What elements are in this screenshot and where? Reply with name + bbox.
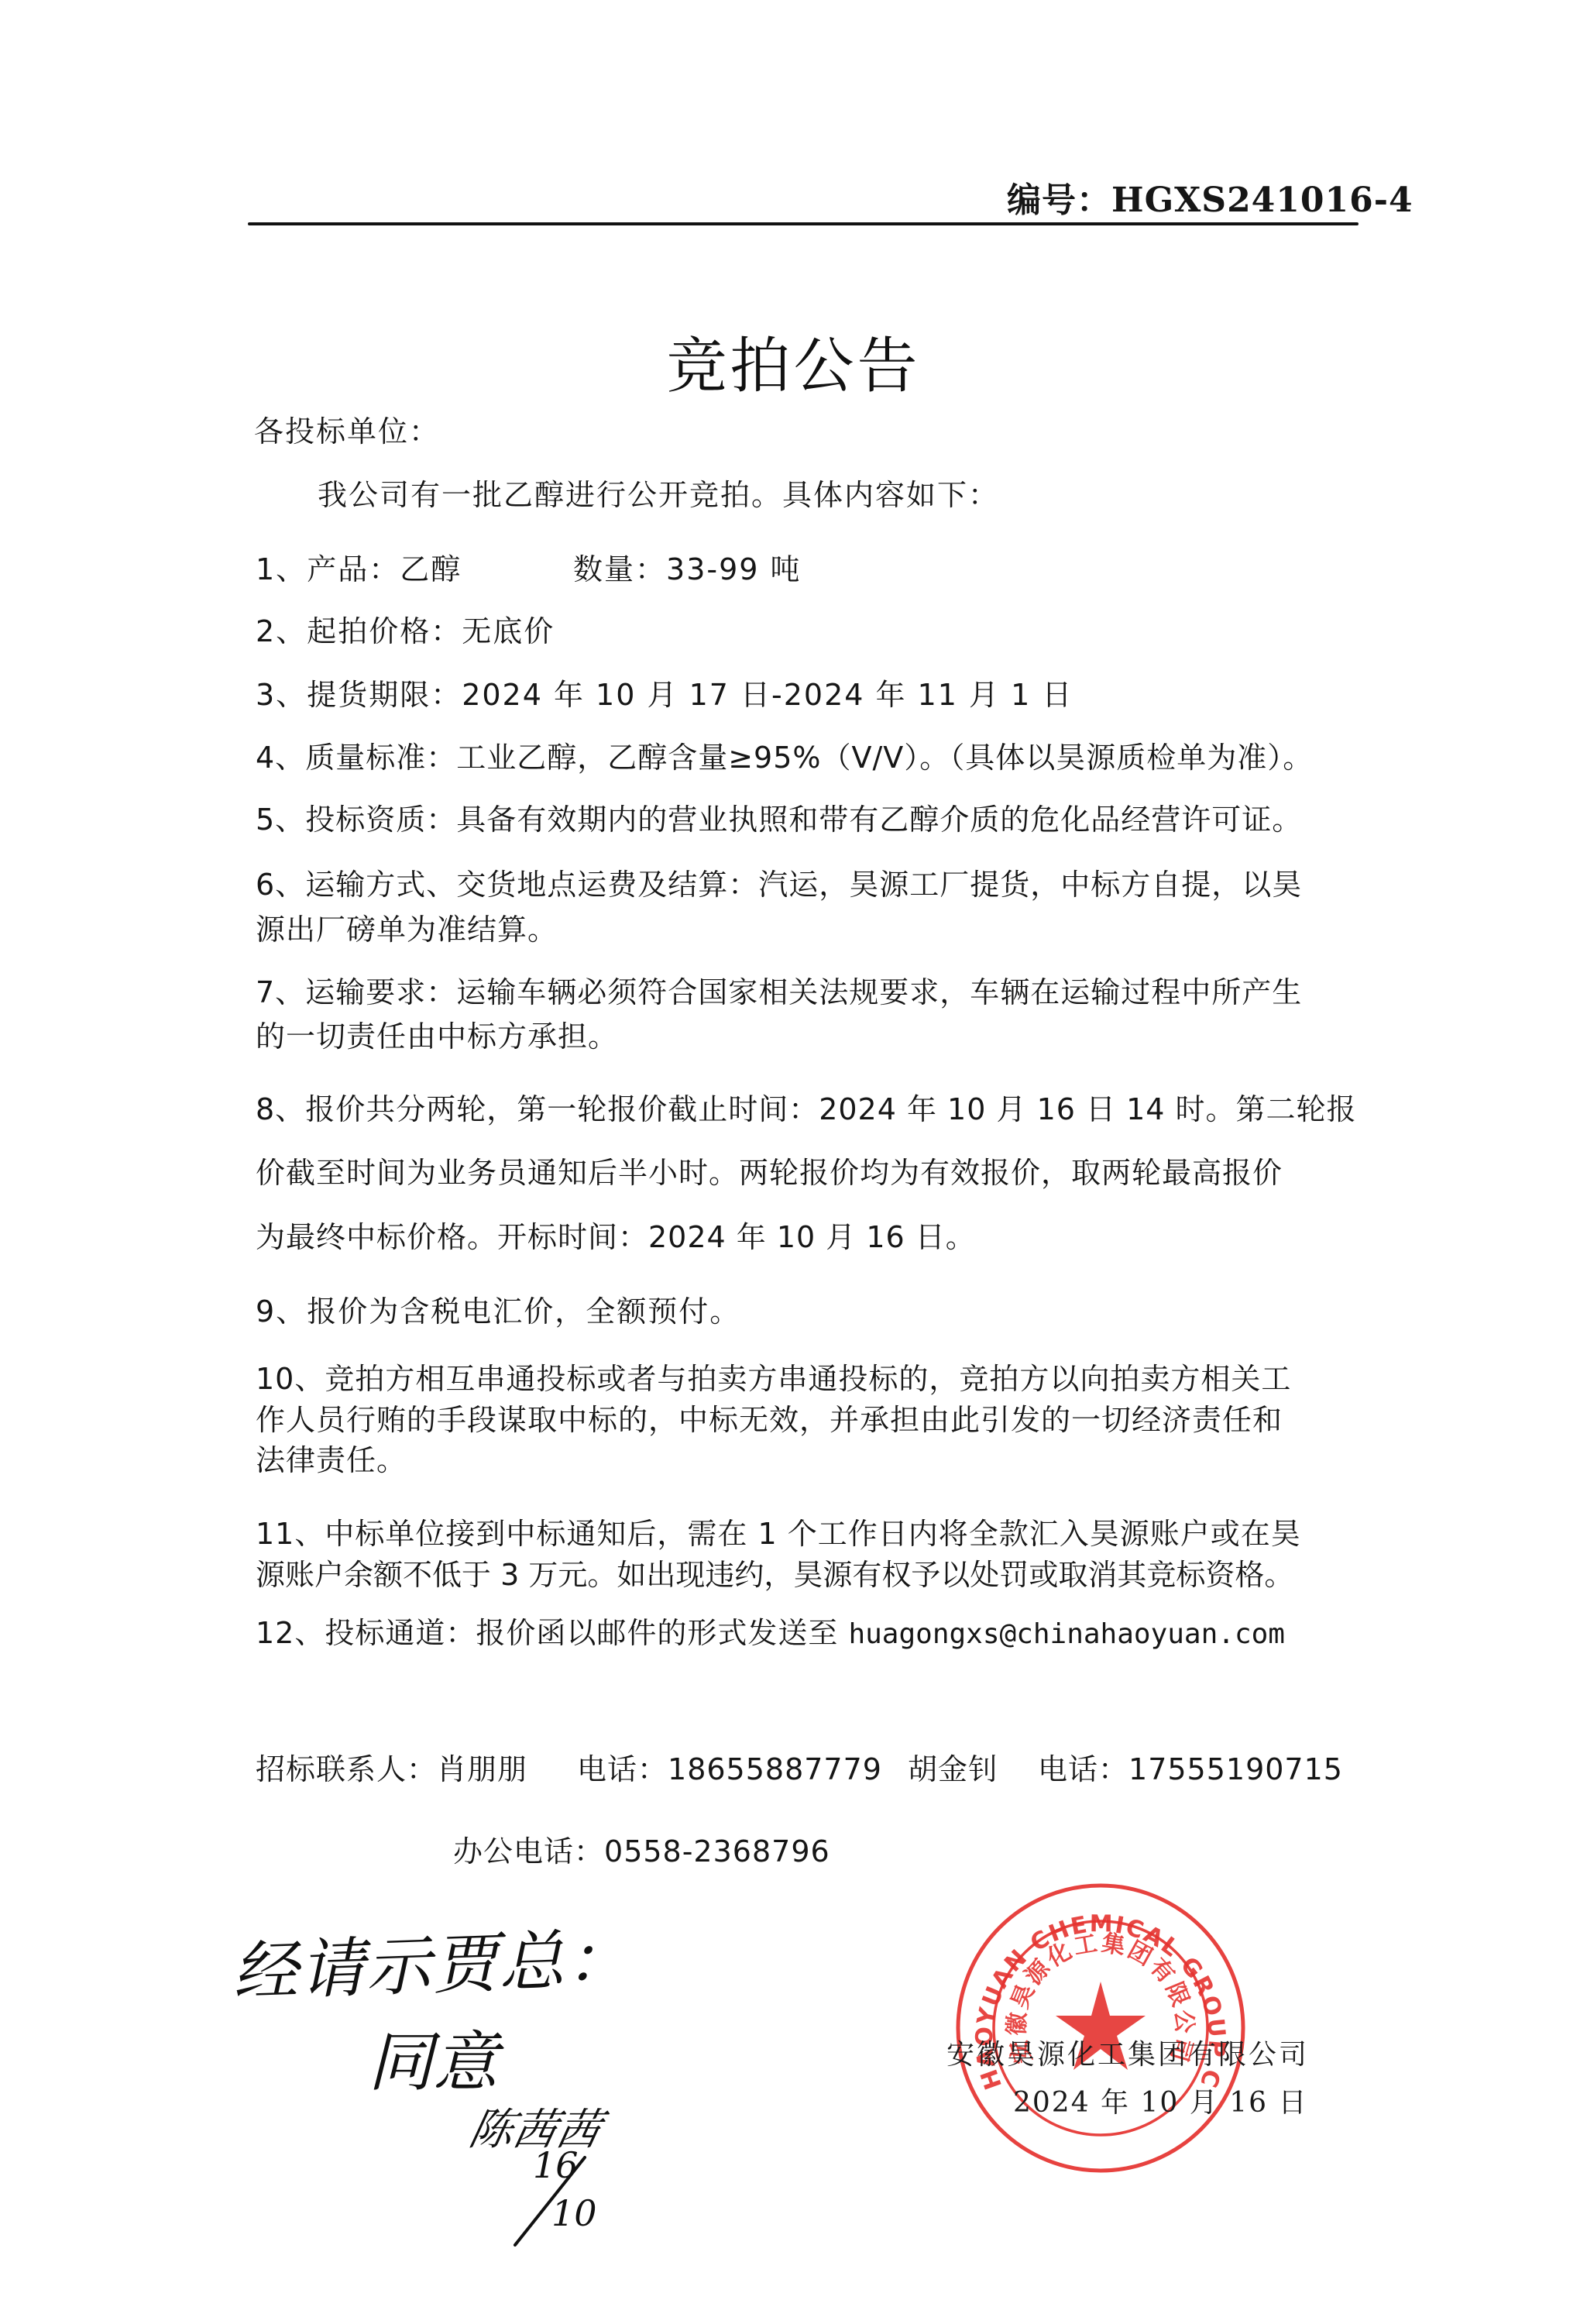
company-name: 安徽昊源化工集团有限公司 <box>946 2033 1309 2072</box>
item-text: 竞拍方相互串通投标或者与拍卖方串通投标的，竞拍方以向拍卖方相关工 <box>325 1362 1291 1396</box>
item-number: 1、 <box>256 552 307 586</box>
item-text: 起拍价格：无底价 <box>307 614 555 648</box>
quantity-value: 33-99 吨 <box>666 552 802 586</box>
item-text: 质量标准：工业乙醇，乙醇含量≥95%（V/V）。（具体以昊源质检单为准）。 <box>305 741 1313 775</box>
phone-value[interactable]: 17555190715 <box>1128 1752 1343 1786</box>
list-item-10-line2: 作人员行贿的手段谋取中标的，中标无效，并承担由此引发的一切经济责任和 <box>256 1399 1283 1441</box>
handwritten-approval-note: 经请示贾总： <box>231 1906 634 2014</box>
item-text: 投标通道：报价函以邮件的形式发送至 <box>325 1616 848 1650</box>
list-item-10-line1: 10、竞拍方相互串通投标或者与拍卖方串通投标的，竞拍方以向拍卖方相关工 <box>256 1358 1291 1400</box>
list-item-1: 1、产品：乙醇 <box>256 548 462 590</box>
item-value: 乙醇 <box>400 552 462 586</box>
contact-label: 招标联系人： <box>256 1752 437 1786</box>
contact-1-name: 肖朋朋 <box>437 1752 527 1786</box>
list-item-1-quantity: 数量：33-99 吨 <box>573 548 802 590</box>
document-number-label: 编号： <box>1007 180 1111 220</box>
list-item-8-line3: 为最终中标价格。开标时间：2024 年 10 月 16 日。 <box>256 1216 976 1258</box>
item-number: 10、 <box>256 1362 325 1396</box>
list-item-7-line1: 7、运输要求：运输车辆必须符合国家相关法规要求，车辆在运输过程中所产生 <box>256 971 1302 1013</box>
phone-value[interactable]: 18655887779 <box>668 1752 882 1786</box>
list-item-6-line2: 源出厂磅单为准结算。 <box>256 909 558 951</box>
item-number: 6、 <box>256 868 305 902</box>
list-item-11-line2: 源账户余额不低于 3 万元。如出现违约，昊源有权予以处罚或取消其竞标资格。 <box>256 1554 1293 1596</box>
phone-label: 电话： <box>1038 1752 1128 1786</box>
item-number: 9、 <box>256 1294 307 1329</box>
handwritten-approval-agree: 同意 <box>368 2010 498 2104</box>
list-item-9: 9、报价为含税电汇价，全额预付。 <box>256 1291 740 1332</box>
email-link[interactable]: huagongxs@chinahaoyuan.com <box>848 1618 1285 1650</box>
list-item-10-line3: 法律责任。 <box>256 1439 407 1481</box>
item-number: 8、 <box>256 1092 305 1126</box>
page-title: 竞拍公告 <box>0 318 1587 404</box>
office-phone: 办公电话：0558-2368796 <box>453 1831 830 1872</box>
item-text: 运输方式、交货地点运费及结算：汽运，昊源工厂提货，中标方自提，以昊 <box>305 868 1302 902</box>
contact-2-name: 胡金钊 <box>908 1748 998 1790</box>
company-seal-stamp: ANHUI HAOYUAN CHEMICAL GROUP CO.,LTD. 安徽… <box>955 1882 1246 2174</box>
document-number: 编号：HGXS241016-4 <box>1007 172 1414 222</box>
item-text: 中标单位接到中标通知后，需在 1 个工作日内将全款汇入昊源账户或在昊 <box>325 1517 1300 1551</box>
item-number: 5、 <box>256 803 305 837</box>
handwritten-date-slash-icon <box>503 2146 596 2254</box>
list-item-12: 12、投标通道：报价函以邮件的形式发送至 huagongxs@chinahaoy… <box>256 1612 1285 1655</box>
seal-date: 2024 年 10 月 16 日 <box>1013 2081 1307 2120</box>
item-number: 3、 <box>256 678 307 712</box>
item-text: 报价共分两轮，第一轮报价截止时间：2024 年 10 月 16 日 14 时。第… <box>305 1092 1356 1126</box>
item-number: 7、 <box>256 975 305 1009</box>
item-number: 2、 <box>256 614 307 648</box>
item-text: 投标资质：具备有效期内的营业执照和带有乙醇介质的危化品经营许可证。 <box>305 803 1302 837</box>
list-item-11-line1: 11、中标单位接到中标通知后，需在 1 个工作日内将全款汇入昊源账户或在昊 <box>256 1513 1301 1555</box>
intro-text: 我公司有一批乙醇进行公开竞拍。具体内容如下： <box>318 474 999 516</box>
salutation: 各投标单位： <box>254 411 440 452</box>
item-number: 11、 <box>256 1517 325 1551</box>
list-item-8-line1: 8、报价共分两轮，第一轮报价截止时间：2024 年 10 月 16 日 14 时… <box>256 1088 1357 1130</box>
item-text: 提货期限：2024 年 10 月 17 日-2024 年 11 月 1 日 <box>307 678 1073 712</box>
item-number: 12、 <box>256 1616 325 1650</box>
phone-label: 电话： <box>577 1752 668 1786</box>
quantity-label: 数量： <box>573 552 666 586</box>
contact-1-phone: 电话：18655887779 <box>577 1748 882 1790</box>
office-phone-label: 办公电话： <box>453 1834 604 1868</box>
list-item-6-line1: 6、运输方式、交货地点运费及结算：汽运，昊源工厂提货，中标方自提，以昊 <box>256 864 1302 906</box>
contact-row: 招标联系人：肖朋朋 <box>256 1748 527 1790</box>
list-item-3: 3、提货期限：2024 年 10 月 17 日-2024 年 11 月 1 日 <box>256 674 1073 716</box>
document-number-value: HGXS241016-4 <box>1111 180 1414 220</box>
list-item-4: 4、质量标准：工业乙醇，乙醇含量≥95%（V/V）。（具体以昊源质检单为准）。 <box>256 737 1313 779</box>
office-phone-value[interactable]: 0558-2368796 <box>604 1834 830 1868</box>
list-item-2: 2、起拍价格：无底价 <box>256 610 555 652</box>
header-divider <box>248 222 1359 225</box>
item-text: 报价为含税电汇价，全额预付。 <box>307 1294 740 1329</box>
contact-2-phone: 电话：17555190715 <box>1038 1748 1343 1790</box>
list-item-8-line2: 价截至时间为业务员通知后半小时。两轮报价均为有效报价，取两轮最高报价 <box>256 1152 1283 1194</box>
list-item-7-line2: 的一切责任由中标方承担。 <box>256 1016 618 1057</box>
item-label: 产品： <box>307 552 400 586</box>
item-text: 运输要求：运输车辆必须符合国家相关法规要求，车辆在运输过程中所产生 <box>305 975 1302 1009</box>
item-number: 4、 <box>256 741 305 775</box>
list-item-5: 5、投标资质：具备有效期内的营业执照和带有乙醇介质的危化品经营许可证。 <box>256 799 1302 841</box>
